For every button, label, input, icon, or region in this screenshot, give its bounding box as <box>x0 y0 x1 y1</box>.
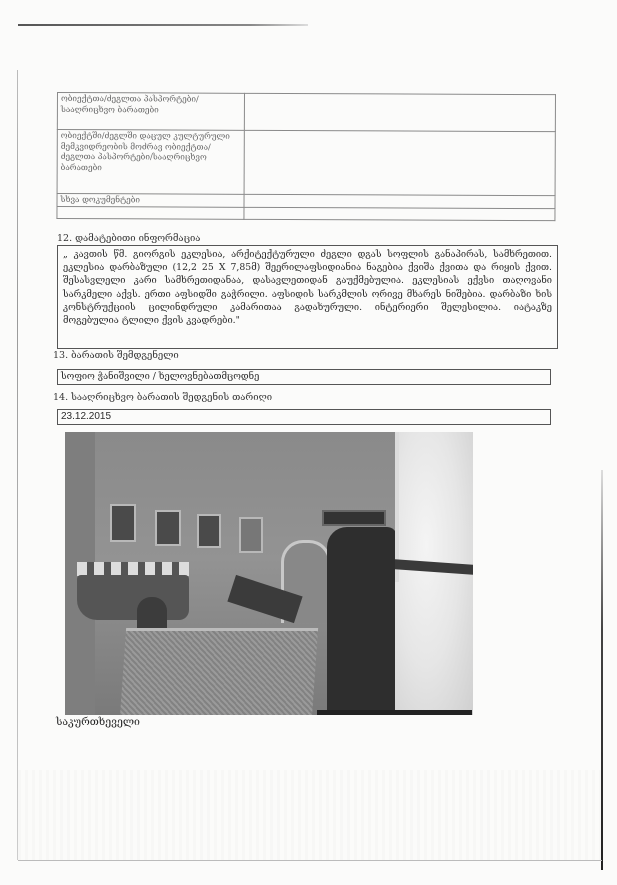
table-cell-value <box>244 194 555 208</box>
wall-icon-painting <box>239 517 263 553</box>
additional-info-box: „ კავთის წმ. გიორგის ეკლესია, არქიტექტურ… <box>57 245 558 349</box>
sanctuary-photo <box>65 432 473 715</box>
table-cell-label <box>57 207 244 220</box>
table-row: ობიექტში/ძეგლში დაცულ კულტურული მემკვიდრ… <box>57 130 555 196</box>
wall-icon-painting <box>155 510 181 546</box>
table-row <box>57 207 555 221</box>
table-cell-label: ობიექტში/ძეგლში დაცულ კულტურული მემკვიდრ… <box>57 130 244 195</box>
table-cell-value <box>244 207 555 220</box>
table-cell-label: სხვა დოკუმენტები <box>57 194 244 208</box>
table-cell-value <box>244 93 555 131</box>
page-border-bottom <box>18 860 602 861</box>
documents-table: ობიექტთა/ძეგლთა პასპორტები/სააღრიცხვო ბა… <box>56 92 556 221</box>
table-cell-value <box>244 130 555 195</box>
wall-hanger <box>322 510 386 526</box>
table-row: ობიექტთა/ძეგლთა პასპორტები/სააღრიცხვო ბა… <box>57 93 555 132</box>
scan-artifact <box>18 770 602 860</box>
wall-icon-painting <box>110 504 136 542</box>
additional-info-heading: 12. დამატებითი ინფორმაცია <box>57 233 200 244</box>
wall-icon-painting <box>197 514 221 548</box>
card-date-heading: 14. სააღრიცხვო ბარათის შედგენის თარიღი <box>53 392 272 403</box>
scan-speck <box>545 265 547 267</box>
card-author-field: სოფიო ჭანიშვილი / ხელოვნებათმცოდნე <box>57 369 551 385</box>
photo-vestment <box>327 527 397 715</box>
photo-altar <box>120 628 318 715</box>
photo-shelf <box>77 575 189 620</box>
card-date-field: 23.12.2015 <box>57 409 551 425</box>
additional-info-text: „ კავთის წმ. გიორგის ეკლესია, არქიტექტურ… <box>63 248 552 327</box>
photo-rail <box>317 710 472 715</box>
card-author-heading: 13. ბარათის შემდგენელი <box>53 350 179 361</box>
table-cell-label: ობიექტთა/ძეგლთა პასპორტები/სააღრიცხვო ბა… <box>57 93 244 131</box>
page-border-top <box>18 24 308 26</box>
page-border-left <box>17 70 18 860</box>
photo-candles <box>77 562 189 576</box>
photo-caption: საკურთხეველი <box>56 716 140 728</box>
